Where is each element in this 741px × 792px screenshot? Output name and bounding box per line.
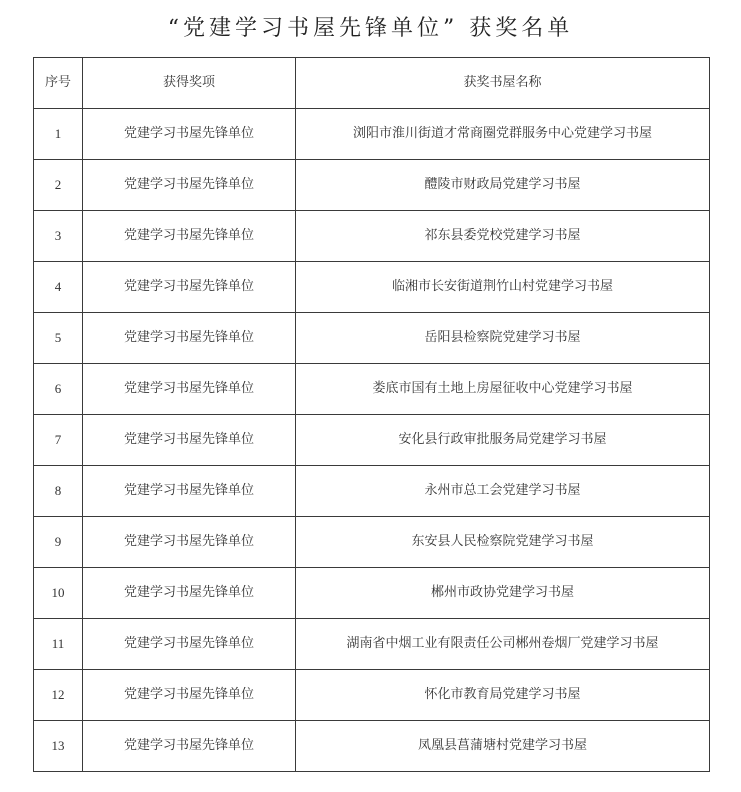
cell-no: 9: [34, 517, 83, 568]
cell-no: 1: [34, 109, 83, 160]
table-row: 13 党建学习书屋先锋单位 凤凰县菖蒲塘村党建学习书屋: [34, 721, 710, 772]
table-header-row: 序号 获得奖项 获奖书屋名称: [34, 58, 710, 109]
cell-award: 党建学习书屋先锋单位: [83, 211, 296, 262]
cell-award: 党建学习书屋先锋单位: [83, 160, 296, 211]
cell-name: 永州市总工会党建学习书屋: [296, 466, 710, 517]
cell-no: 10: [34, 568, 83, 619]
cell-name: 凤凰县菖蒲塘村党建学习书屋: [296, 721, 710, 772]
table-row: 10 党建学习书屋先锋单位 郴州市政协党建学习书屋: [34, 568, 710, 619]
cell-name: 东安县人民检察院党建学习书屋: [296, 517, 710, 568]
column-header-no: 序号: [34, 58, 83, 109]
table-row: 3 党建学习书屋先锋单位 祁东县委党校党建学习书屋: [34, 211, 710, 262]
cell-name: 郴州市政协党建学习书屋: [296, 568, 710, 619]
cell-no: 13: [34, 721, 83, 772]
cell-award: 党建学习书屋先锋单位: [83, 364, 296, 415]
table-row: 7 党建学习书屋先锋单位 安化县行政审批服务局党建学习书屋: [34, 415, 710, 466]
document-title: “党建学习书屋先锋单位” 获奖名单: [0, 14, 741, 44]
cell-no: 3: [34, 211, 83, 262]
cell-name: 湖南省中烟工业有限责任公司郴州卷烟厂党建学习书屋: [296, 619, 710, 670]
cell-name: 祁东县委党校党建学习书屋: [296, 211, 710, 262]
cell-award: 党建学习书屋先锋单位: [83, 466, 296, 517]
cell-award: 党建学习书屋先锋单位: [83, 415, 296, 466]
cell-no: 6: [34, 364, 83, 415]
cell-name: 醴陵市财政局党建学习书屋: [296, 160, 710, 211]
cell-no: 5: [34, 313, 83, 364]
cell-award: 党建学习书屋先锋单位: [83, 670, 296, 721]
cell-name: 临湘市长安街道荆竹山村党建学习书屋: [296, 262, 710, 313]
cell-award: 党建学习书屋先锋单位: [83, 517, 296, 568]
table-row: 2 党建学习书屋先锋单位 醴陵市财政局党建学习书屋: [34, 160, 710, 211]
table-row: 9 党建学习书屋先锋单位 东安县人民检察院党建学习书屋: [34, 517, 710, 568]
table-row: 1 党建学习书屋先锋单位 浏阳市淮川街道才常商圈党群服务中心党建学习书屋: [34, 109, 710, 160]
cell-name: 娄底市国有土地上房屋征收中心党建学习书屋: [296, 364, 710, 415]
cell-name: 安化县行政审批服务局党建学习书屋: [296, 415, 710, 466]
cell-award: 党建学习书屋先锋单位: [83, 721, 296, 772]
cell-no: 8: [34, 466, 83, 517]
table-row: 6 党建学习书屋先锋单位 娄底市国有土地上房屋征收中心党建学习书屋: [34, 364, 710, 415]
table-row: 5 党建学习书屋先锋单位 岳阳县检察院党建学习书屋: [34, 313, 710, 364]
table-row: 8 党建学习书屋先锋单位 永州市总工会党建学习书屋: [34, 466, 710, 517]
table-row: 11 党建学习书屋先锋单位 湖南省中烟工业有限责任公司郴州卷烟厂党建学习书屋: [34, 619, 710, 670]
table-row: 4 党建学习书屋先锋单位 临湘市长安街道荆竹山村党建学习书屋: [34, 262, 710, 313]
cell-award: 党建学习书屋先锋单位: [83, 262, 296, 313]
cell-name: 怀化市教育局党建学习书屋: [296, 670, 710, 721]
cell-no: 7: [34, 415, 83, 466]
cell-no: 11: [34, 619, 83, 670]
cell-name: 岳阳县检察院党建学习书屋: [296, 313, 710, 364]
cell-no: 2: [34, 160, 83, 211]
cell-award: 党建学习书屋先锋单位: [83, 568, 296, 619]
cell-award: 党建学习书屋先锋单位: [83, 109, 296, 160]
cell-name: 浏阳市淮川街道才常商圈党群服务中心党建学习书屋: [296, 109, 710, 160]
award-list-table: 序号 获得奖项 获奖书屋名称 1 党建学习书屋先锋单位 浏阳市淮川街道才常商圈党…: [33, 57, 710, 772]
cell-award: 党建学习书屋先锋单位: [83, 619, 296, 670]
cell-award: 党建学习书屋先锋单位: [83, 313, 296, 364]
table-row: 12 党建学习书屋先锋单位 怀化市教育局党建学习书屋: [34, 670, 710, 721]
column-header-name: 获奖书屋名称: [296, 58, 710, 109]
column-header-award: 获得奖项: [83, 58, 296, 109]
cell-no: 12: [34, 670, 83, 721]
cell-no: 4: [34, 262, 83, 313]
